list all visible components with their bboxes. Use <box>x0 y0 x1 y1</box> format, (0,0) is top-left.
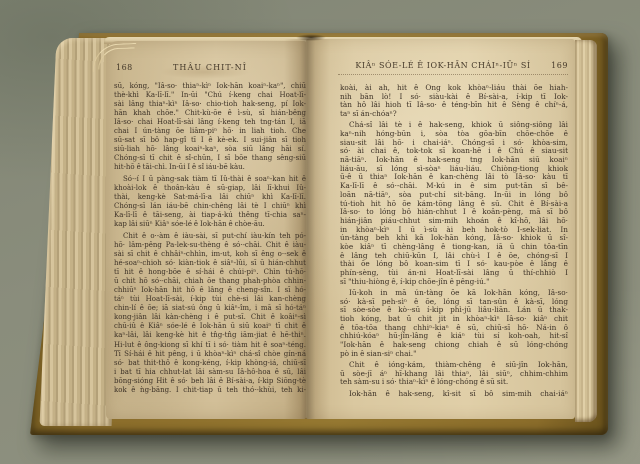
text-line: só· bat thit-thô ê kong-kéng, í-kip khòn… <box>114 359 306 368</box>
running-head-rule <box>338 74 568 75</box>
text-line: loān nā-tiāⁿ, sòa put-chí sit-bāng. In-ū… <box>340 191 568 200</box>
right-page-number: 169 <box>551 61 568 70</box>
text-line: siau-sit lâi hō· i chai-iáⁿ. Chóng-sī i … <box>340 139 568 148</box>
text-line: nih bān lò! I só· siàu-kài ê Bí-sài-a, í… <box>340 93 568 102</box>
right-running-head: KIÂⁿ SÓE-LÉ Ê IOK-HĀN CHÁIⁿ-IŪⁿ SÍ 169 <box>336 61 570 70</box>
text-line: chin-lí ê ōe; iā siat-sú ông ū kiâⁿ-îm, … <box>114 304 306 313</box>
text-line: in khòaⁿ-kìⁿ I ū ì-sù ài beh hok-tò Í-se… <box>340 226 568 235</box>
photo-background: 168 THÂU CHIT-NÎ KIÂⁿ SÓE-LÉ Ê IOK-HĀN C… <box>0 0 640 464</box>
text-line: ū sòe-jī áⁿ hī-khang lâi thiaⁿ, lâi siūⁿ… <box>340 370 568 379</box>
left-running-head: 168 THÂU CHIT-NÎ <box>114 63 306 72</box>
text-line: tioh kóng, bat ū chit jit in khòaⁿ-kìⁿ I… <box>340 315 568 324</box>
text-line: kaⁿ-nih hóng-būn i, sòa tòa gōa-bīn chōe… <box>340 130 568 139</box>
text-line: táⁿ tùi Hoat-lī-sài, í-kip tùi chè-si lâ… <box>114 295 306 304</box>
text-line: sài sī chit ê chhâiⁿ-chhìn, im-ut, koh s… <box>114 250 306 259</box>
text-line: hit-hō ê tāi-chì. In-ūi I ê sî iáu-bē kà… <box>114 163 306 172</box>
text-line: koài, ài ah, hit ê Ông kok khòaⁿ-liáu th… <box>340 84 568 93</box>
text-line: ún-tàng beh khì kā Iok-hān kóng, Iâ-so· … <box>340 234 568 243</box>
text-line: sū-sat sī bô hap-gî tī I ê kè-ek. I sui-… <box>114 136 306 145</box>
text-line: Iâ-so· chai Hoat-lī-sài lâng í-keng teh … <box>114 118 306 127</box>
text-line: tī hit ê hong-bōe ê sí-hái ê chúi-piⁿ. C… <box>114 268 306 277</box>
text-line: khoài-lok ê thoân-kàu ê sū-giap, lâi lī-… <box>114 184 306 193</box>
text-line: Iok-hān ê hak-seng, kî-sit sī bô sim-mih… <box>340 390 568 399</box>
paragraph-gap <box>340 398 568 401</box>
text-line: tàn hô lâi hioh tī Iâ-so· ê téng-bīn hit… <box>340 101 568 110</box>
text-line: liáu-āu, sī lóng sì-sòaⁿ liáu-liáu. Chiò… <box>340 165 568 174</box>
text-line: sài lâng thiaⁿ-kìⁿ Iâ-so· chio-tioh hak-… <box>114 100 306 109</box>
text-line: kaⁿ-lâi, lâi keng-kè hit ê tn̂g-tn̂g iām… <box>114 331 306 340</box>
page-edges-right <box>575 40 597 422</box>
text-line: sī sòe-sòe ê kò·-sū í-kip phì-jū liâu-li… <box>340 306 568 315</box>
text-line: thài, keng-kè Sat-má-lī-a lâi chiūⁿ khì … <box>114 193 306 202</box>
text-line: ê lâng teh chiū-kūn I, lâi chù-ì I ê ōe,… <box>340 252 568 261</box>
text-line: só· kà-sī peh-sìⁿ ê ōe, lóng sī tan-sûn … <box>340 298 568 307</box>
text-line: hān khah chōe." Chit-kù-ōe ê ì-sù, sī hi… <box>114 109 306 118</box>
text-line: Só·-í I ū pàng-sak tiàm tī Iû-thài ê soa… <box>114 175 306 184</box>
text-line: chū-iû ê Kiâⁿ sóe-lé ê Iok-hān ū siū koa… <box>114 322 306 331</box>
text-line: hō· lâm-pêng Pa-lek-su-thèng ê só·-chāi.… <box>114 241 306 250</box>
text-line: teh sàm-su i só· thiaⁿ-kìⁿ ê lóng-chóng … <box>340 378 568 387</box>
text-line: Hi-lut ê ông-kiong sī khí tī i só· tiàm … <box>114 341 306 350</box>
text-line: chai I ún-tàng ōe liâm-piⁿ hō· in liah t… <box>114 127 306 136</box>
text-line: Chá-sî lâi tè i ê hak-seng, khiok ū siôn… <box>340 121 568 130</box>
gutter-top-notch <box>296 34 326 41</box>
right-running-head-title: KIÂⁿ SÓE-LÉ Ê IOK-HĀN CHÁIⁿ-IŪⁿ SÍ <box>336 61 570 70</box>
text-line: kong-jiân lâi kàn-chèng i ê put-sī. Chit… <box>114 313 306 322</box>
text-line: só· ài chai ê, tok-tok sī koan-hē i ê Ch… <box>340 147 568 156</box>
text-line: hián-jiân piáu-chhut sim-mih khoán ê kî-… <box>340 217 568 226</box>
text-line: kok ê ǹg-bāng. I chit-tiap ū teh thó·-kh… <box>114 386 306 395</box>
text-line: tú-tioh hit hō ōe kám-tōng lâng ê sū. Ch… <box>340 200 568 209</box>
text-line: Tī Sí-hái ê hit pêng, i ū khòaⁿ-kìⁿ chá-… <box>114 350 306 359</box>
text-line: Ka-lī-lī ê só·-chāi. M̄-kú in ê sim put-… <box>340 182 568 191</box>
text-line: bōng-sióng Hit ê só· beh lâi ê Bí-sài-a,… <box>114 377 306 386</box>
text-line: chhiūⁿ Iok-hān hit hō ê lâng ê cheng-sîn… <box>114 286 306 295</box>
text-line: Chit ê o·-àm ê iàu-sài, sī put-chí iàu-k… <box>114 232 306 241</box>
left-page-text: sū, kóng, "Iâ-so· thiaⁿ-kìⁿ Iok-hān koai… <box>114 82 306 397</box>
text-line: Iâ-so· to lóng bô hián-chhut I ê koân-pè… <box>340 208 568 217</box>
text-line: kòe kiâⁿ tī chèng-lâng ê tiong-kan, iā ū… <box>340 243 568 252</box>
text-line: nā-tiāⁿ. Iok-hān ê hak-seng tng Iok-hān … <box>340 156 568 165</box>
text-line: hé-soaⁿ-chioh só· kiàn-tiok ê siâⁿ-lûi, … <box>114 259 306 268</box>
text-line: pò in ê sian-siⁿ chai." <box>340 350 568 359</box>
text-line: thè-khì Ka-lī-lī." In-ūi "Chú í-keng cha… <box>114 91 306 100</box>
text-line: "Iok-hān ê hak-seng chiong chiah ê sū ló… <box>340 341 568 350</box>
text-line: sū, kóng, "Iâ-so· thiaⁿ-kìⁿ Iok-hān koai… <box>114 82 306 91</box>
text-line: Ka-lī-lī ê tāi-seng, ài tiap-á-kú thêng … <box>114 211 306 220</box>
text-line: taⁿ sī án-chóaⁿ? <box>340 110 568 119</box>
text-line: thài ōe lóng bô koan-sim tī I só· kau-pò… <box>340 260 568 269</box>
text-line: Iū-koh in mā ún-tàng ōe kā Iok-hān kóng,… <box>340 289 568 298</box>
text-line: sī "thiu-hiòng ê, í-kip chōe-jîn ê pêng-… <box>340 278 568 287</box>
text-line: ê tōa-tōa thang chhiⁿ-kiaⁿ ê sū, chiū-sī… <box>340 324 568 333</box>
text-line: ū chit hō só·-chāi, chiah ōe thang phah-… <box>114 277 306 286</box>
text-line: ū-ê ū thiaⁿ Iok-hān ê kan-chèng lâi tò I… <box>340 173 568 182</box>
left-running-head-title: THÂU CHIT-NÎ <box>114 63 306 72</box>
text-line: i bat tī hia chhut-lat lâi sàm-su Iâ-hô-… <box>114 368 306 377</box>
paragraph-gap <box>114 395 306 398</box>
text-line: chhiú-kóaⁿ hū-jîn-lâng ê kiáⁿ tùi sí koh… <box>340 332 568 341</box>
left-page-number: 168 <box>116 63 133 72</box>
text-line: siū-liah hō· lâng koaiⁿ-kaⁿ, sòa siū lân… <box>114 145 306 154</box>
right-page-text: koài, ài ah, hit ê Ông kok khòaⁿ-liáu th… <box>340 84 568 401</box>
text-line: Chóng-sī lán iáu-bē chin-chêng lâi tè I … <box>114 202 306 211</box>
text-line: Chit ê ióng-kám, thiàm-chêng ê siū-jîn I… <box>340 361 568 370</box>
open-book: 168 THÂU CHIT-NÎ KIÂⁿ SÓE-LÉ Ê IOK-HĀN C… <box>30 33 608 435</box>
text-line: kap lâi siūⁿ Kiâⁿ sóe-lé ê Iok-hān ê chò… <box>114 220 306 229</box>
text-line: phín-sèng, tùi án-ni Hoat-lī-sài lâng ū … <box>340 269 568 278</box>
text-line: Chóng-sī tī chit ê sî-chūn, I sī bōe tha… <box>114 154 306 163</box>
